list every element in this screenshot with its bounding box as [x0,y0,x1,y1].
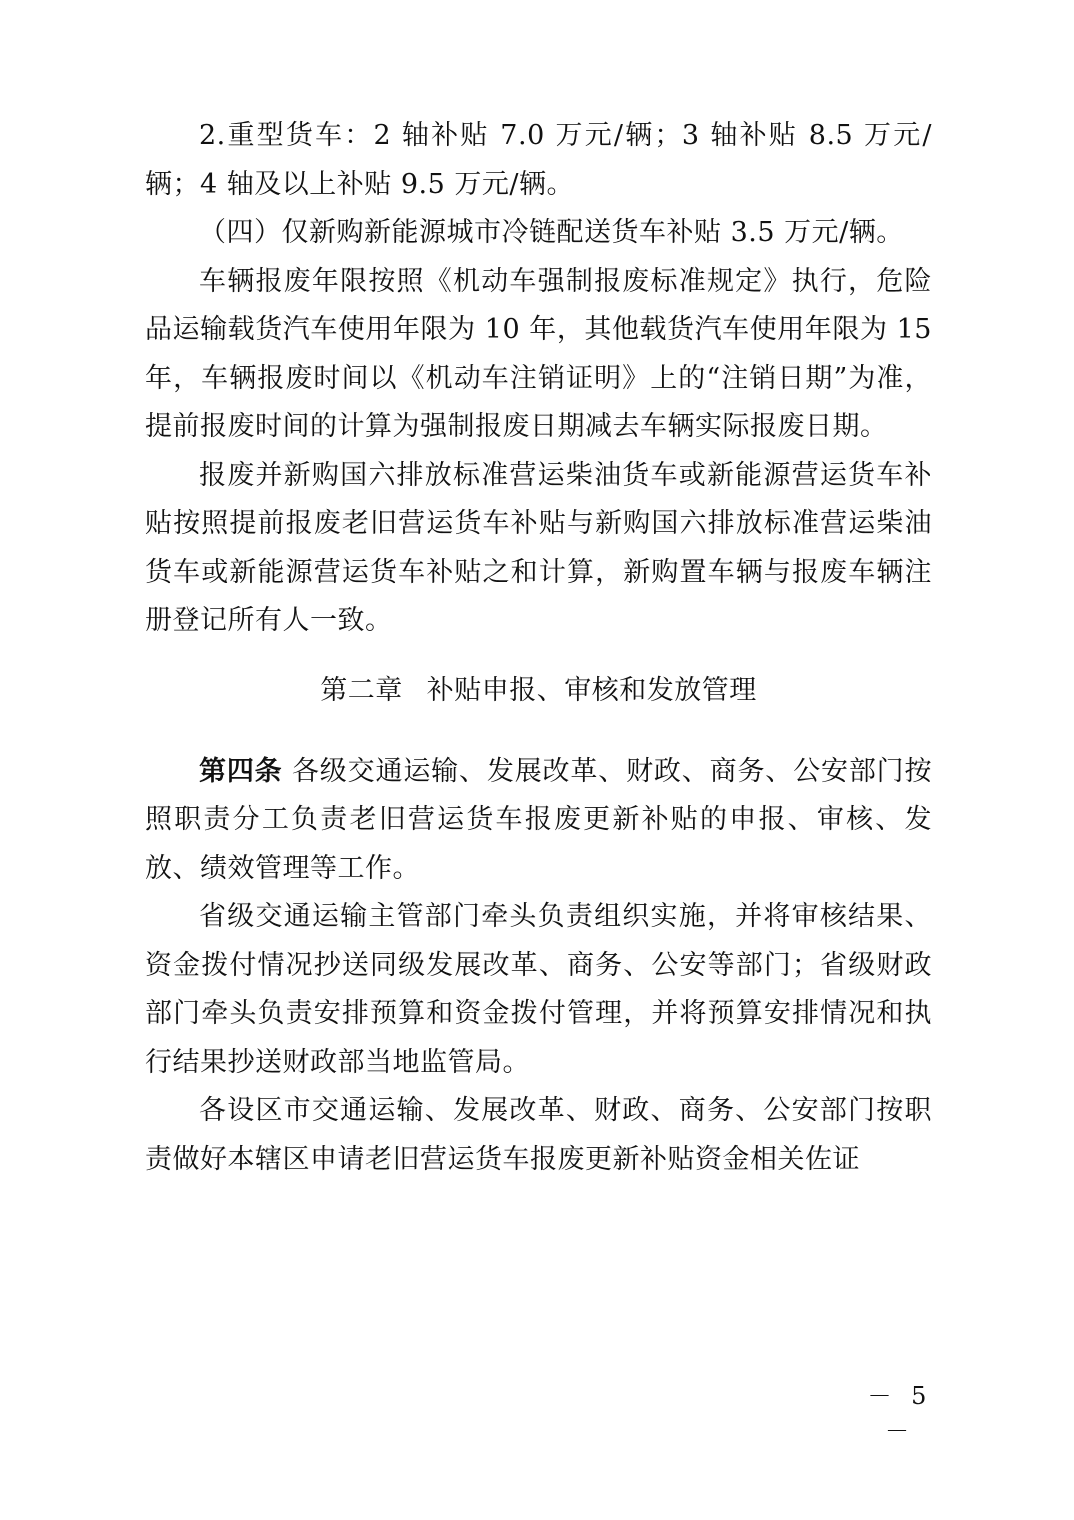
paragraph-municipal-duties: 各设区市交通运输、发展改革、财政、商务、公安部门按职责做好本辖区申请老旧营运货车… [145,1087,932,1184]
chapter-heading: 第二章补贴申报、审核和发放管理 [145,667,932,715]
page-number: － 5 － [865,1376,935,1446]
chapter-title: 补贴申报、审核和发放管理 [427,675,757,706]
article-four: 第四条 各级交通运输、发展改革、财政、商务、公安部门按照职责分工负责老旧营运货车… [145,748,932,894]
document-page: 2.重型货车：2 轴补贴 7.0 万元/辆；3 轴补贴 8.5 万元/辆；4 轴… [0,0,1074,1520]
chapter-number: 第二章 [320,675,403,706]
paragraph-heavy-truck-subsidy: 2.重型货车：2 轴补贴 7.0 万元/辆；3 轴补贴 8.5 万元/辆；4 轴… [145,112,932,209]
paragraph-cold-chain-subsidy: （四）仅新购新能源城市冷链配送货车补贴 3.5 万元/辆。 [145,209,932,258]
document-body: 2.重型货车：2 轴补贴 7.0 万元/辆；3 轴补贴 8.5 万元/辆；4 轴… [145,112,932,1184]
paragraph-scrap-age-limit: 车辆报废年限按照《机动车强制报废标准规定》执行，危险品运输载货汽车使用年限为 1… [145,258,932,452]
paragraph-provincial-duties: 省级交通运输主管部门牵头负责组织实施，并将审核结果、资金拨付情况抄送同级发展改革… [145,893,932,1087]
article-lead: 第四条 [199,756,283,787]
paragraph-combined-subsidy: 报废并新购国六排放标准营运柴油货车或新能源营运货车补贴按照提前报废老旧营运货车补… [145,452,932,646]
